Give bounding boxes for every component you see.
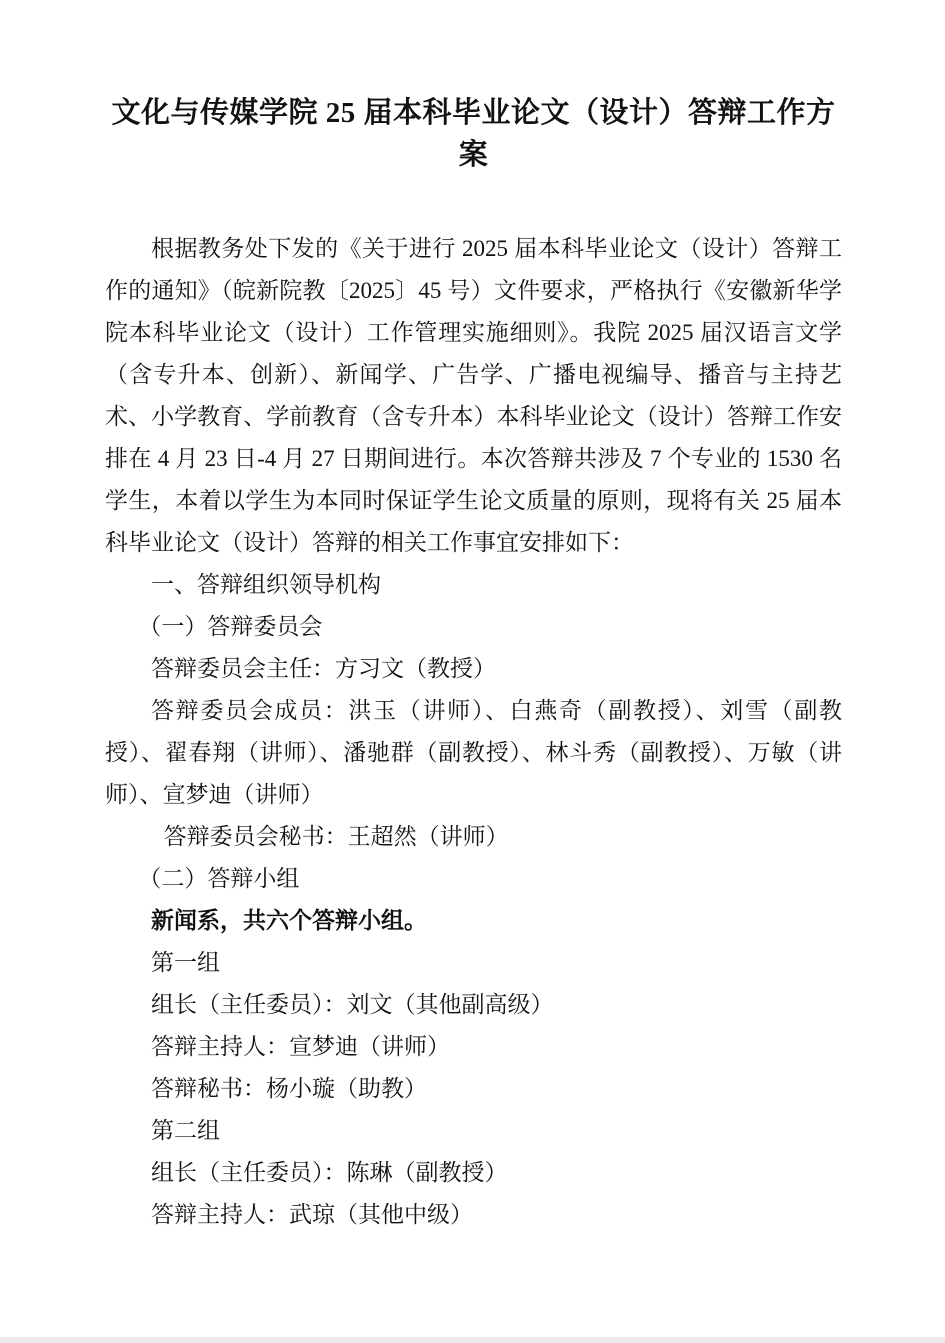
page-bottom-edge bbox=[0, 1337, 945, 1343]
committee-members-line: 答辩委员会成员：洪玉（讲师）、白燕奇（副教授）、刘雪（副教授）、翟春翔（讲师）、… bbox=[105, 690, 842, 816]
group2-leader-line: 组长（主任委员）：陈琳（副教授） bbox=[105, 1152, 842, 1194]
group2-host-line: 答辩主持人：武琼（其他中级） bbox=[105, 1194, 842, 1236]
group1-secretary-line: 答辩秘书：杨小璇（助教） bbox=[105, 1068, 842, 1110]
group2-name: 第二组 bbox=[105, 1110, 842, 1152]
department-note-line: 新闻系，共六个答辩小组。 bbox=[105, 900, 842, 942]
subsection-heading-committee: （一）答辩委员会 bbox=[105, 606, 842, 648]
group1-leader-line: 组长（主任委员）：刘文（其他副高级） bbox=[105, 984, 842, 1026]
document-title: 文化与传媒学院 25 届本科毕业论文（设计）答辩工作方案 bbox=[105, 92, 842, 176]
committee-secretary-line: 答辩委员会秘书：王超然（讲师） bbox=[105, 816, 842, 858]
intro-paragraph: 根据教务处下发的《关于进行 2025 届本科毕业论文（设计）答辩工作的通知》（皖… bbox=[105, 228, 842, 564]
subsection-heading-groups: （二）答辩小组 bbox=[105, 858, 842, 900]
group1-name: 第一组 bbox=[105, 942, 842, 984]
committee-director-line: 答辩委员会主任：方习文（教授） bbox=[105, 648, 842, 690]
section-heading-organization: 一、答辩组织领导机构 bbox=[105, 564, 842, 606]
group1-host-line: 答辩主持人：宣梦迪（讲师） bbox=[105, 1026, 842, 1068]
document-page: 文化与传媒学院 25 届本科毕业论文（设计）答辩工作方案 根据教务处下发的《关于… bbox=[0, 0, 945, 1343]
